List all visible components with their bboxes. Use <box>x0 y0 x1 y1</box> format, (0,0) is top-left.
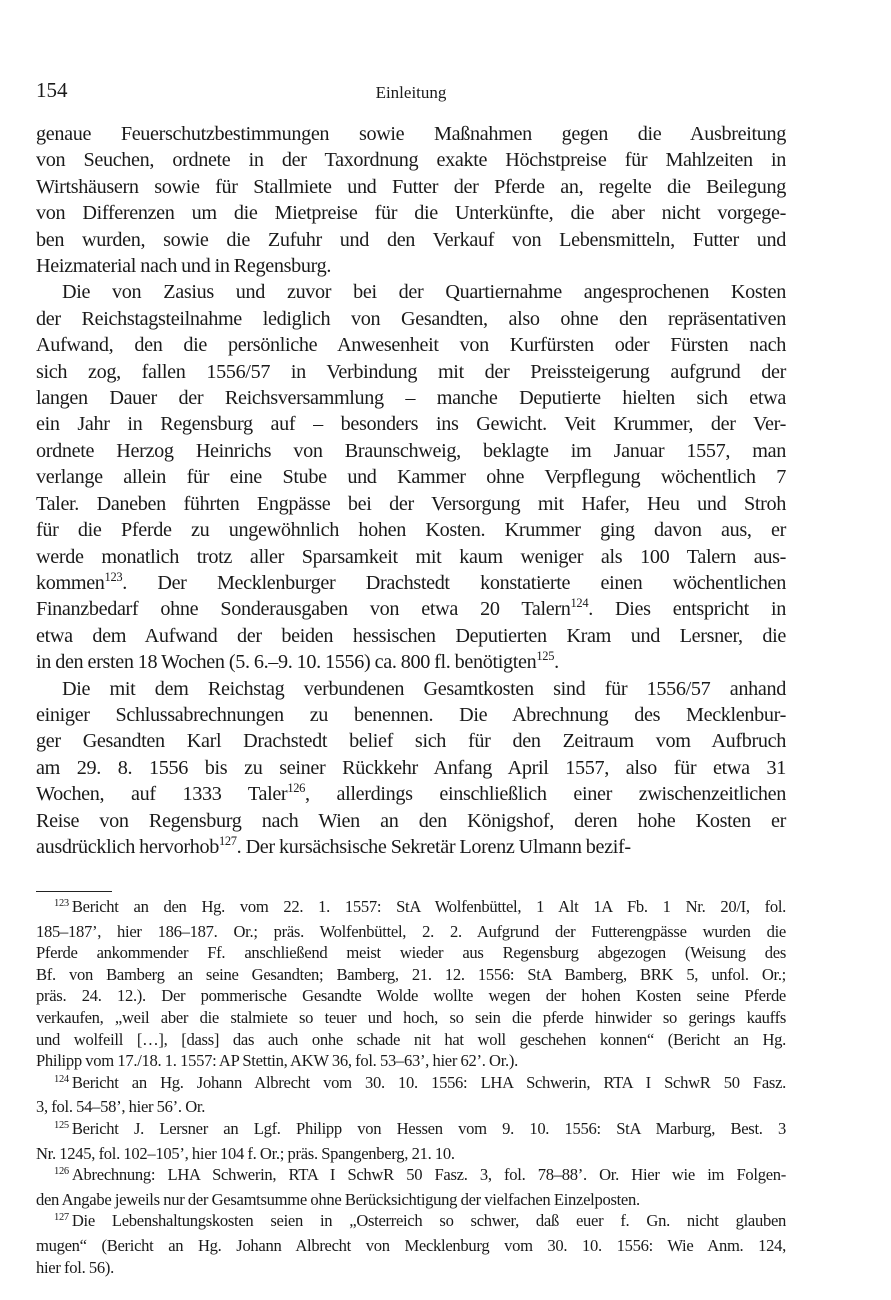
text-line: für die Pferde zu ungewöhnlich hohen Kos… <box>36 517 786 543</box>
page-header: 154 Einleitung <box>36 78 786 108</box>
footnote-reference[interactable]: 125 <box>536 649 554 663</box>
footnotes: 123Bericht an den Hg. vom 22. 1. 1557: S… <box>36 896 786 1278</box>
footnote-line: Pferde ankommender Ff. anschließend meis… <box>36 942 786 964</box>
text-line: Finanzbedarf ohne Sonderausgaben von etw… <box>36 596 786 622</box>
text-line: von Seuchen, ordnete in der Taxordnung e… <box>36 147 786 173</box>
text-line: verlange allein für eine Stube und Kamme… <box>36 464 786 490</box>
footnote-125: 125Bericht J. Lersner an Lgf. Philipp vo… <box>36 1118 786 1164</box>
footnote-line: hier fol. 56). <box>36 1257 786 1279</box>
footnote-line: 124Bericht an Hg. Johann Albrecht vom 30… <box>36 1072 786 1097</box>
footnote-separator <box>36 891 112 892</box>
text-line: von Differenzen um die Mietpreise für di… <box>36 200 786 226</box>
text-line: Aufwand, den die persönliche Anwesenheit… <box>36 332 786 358</box>
text-line: ger Gesandten Karl Drachstedt belief sic… <box>36 728 786 754</box>
text-line: langen Dauer der Reichsversammlung – man… <box>36 385 786 411</box>
footnote-line: verkaufen, „weil aber die stalmiete so t… <box>36 1007 786 1029</box>
paragraph: Die mit dem Reichstag verbundenen Gesamt… <box>36 676 786 861</box>
text-line: kommen123. Der Mecklenburger Drachstedt … <box>36 570 786 596</box>
text-line: Die mit dem Reichstag verbundenen Gesamt… <box>36 676 786 702</box>
footnote-123: 123Bericht an den Hg. vom 22. 1. 1557: S… <box>36 896 786 1072</box>
footnote-127: 127Die Lebenshaltungskosten seien in „Os… <box>36 1210 786 1278</box>
text-line: ein Jahr in Regensburg auf – besonders i… <box>36 411 786 437</box>
footnote-line: 125Bericht J. Lersner an Lgf. Philipp vo… <box>36 1118 786 1143</box>
footnote-line: 185–187’, hier 186–187. Or.; präs. Wolfe… <box>36 921 786 943</box>
text-line: Taler. Daneben führten Engpässe bei der … <box>36 491 786 517</box>
text-line: am 29. 8. 1556 bis zu seiner Rückkehr An… <box>36 755 786 781</box>
footnote-line: Nr. 1245, fol. 102–105’, hier 104 f. Or.… <box>36 1143 786 1165</box>
text-line: ben wurden, sowie die Zufuhr und den Ver… <box>36 227 786 253</box>
text-line: ausdrücklich hervorhob127. Der kursächsi… <box>36 834 786 860</box>
footnote-line: und wolfeill […], [dass] das auch onhe s… <box>36 1029 786 1051</box>
text-line: einiger Schlussabrechnungen zu benennen.… <box>36 702 786 728</box>
body-text: genaue Feuerschutzbestimmungen sowie Maß… <box>36 121 786 860</box>
footnote-line: Bf. von Bamberg an seine Gesandten; Bamb… <box>36 964 786 986</box>
footnote-line: 127Die Lebenshaltungskosten seien in „Os… <box>36 1210 786 1235</box>
text-line: Heizmaterial nach und in Regensburg. <box>36 253 786 279</box>
footnote-line: mugen“ (Bericht an Hg. Johann Albrecht v… <box>36 1235 786 1257</box>
footnote-reference[interactable]: 127 <box>219 834 237 848</box>
text-line: in den ersten 18 Wochen (5. 6.–9. 10. 15… <box>36 649 786 675</box>
text-line: genaue Feuerschutzbestimmungen sowie Maß… <box>36 121 786 147</box>
footnote-number: 127 <box>54 1212 69 1223</box>
text-line: sich zog, fallen 1556/57 in Verbindung m… <box>36 359 786 385</box>
text-line: etwa dem Aufwand der beiden hessischen D… <box>36 623 786 649</box>
footnote-reference[interactable]: 123 <box>105 570 123 584</box>
text-line: Wirtshäusern sowie für Stallmiete und Fu… <box>36 174 786 200</box>
text-line: der Reichstagsteilnahme lediglich von Ge… <box>36 306 786 332</box>
footnote-126: 126Abrechnung: LHA Schwerin, RTA I SchwR… <box>36 1164 786 1210</box>
footnote-reference[interactable]: 124 <box>571 596 589 610</box>
footnote-line: präs. 24. 12.). Der pommerische Gesandte… <box>36 985 786 1007</box>
text-line: Wochen, auf 1333 Taler126, allerdings ei… <box>36 781 786 807</box>
footnote-number: 126 <box>54 1166 69 1177</box>
paragraph: genaue Feuerschutzbestimmungen sowie Maß… <box>36 121 786 279</box>
running-head: Einleitung <box>36 83 786 103</box>
text-line: Die von Zasius und zuvor bei der Quartie… <box>36 279 786 305</box>
footnote-line: 3, fol. 54–58’, hier 56’. Or. <box>36 1096 786 1118</box>
footnote-line: den Angabe jeweils nur der Gesamtsumme o… <box>36 1189 786 1211</box>
text-line: Reise von Regensburg nach Wien an den Kö… <box>36 808 786 834</box>
text-line: werde monatlich trotz aller Sparsamkeit … <box>36 544 786 570</box>
footnote-reference[interactable]: 126 <box>287 781 305 795</box>
footnote-line: 126Abrechnung: LHA Schwerin, RTA I SchwR… <box>36 1164 786 1189</box>
footnote-line: 123Bericht an den Hg. vom 22. 1. 1557: S… <box>36 896 786 921</box>
footnote-124: 124Bericht an Hg. Johann Albrecht vom 30… <box>36 1072 786 1118</box>
footnote-number: 125 <box>54 1120 69 1131</box>
text-line: ordnete Herzog Heinrichs von Braunschwei… <box>36 438 786 464</box>
paragraph: Die von Zasius und zuvor bei der Quartie… <box>36 279 786 675</box>
footnote-number: 123 <box>54 898 69 909</box>
footnote-line: Philipp vom 17./18. 1. 1557: AP Stettin,… <box>36 1050 786 1072</box>
footnote-number: 124 <box>54 1074 69 1085</box>
